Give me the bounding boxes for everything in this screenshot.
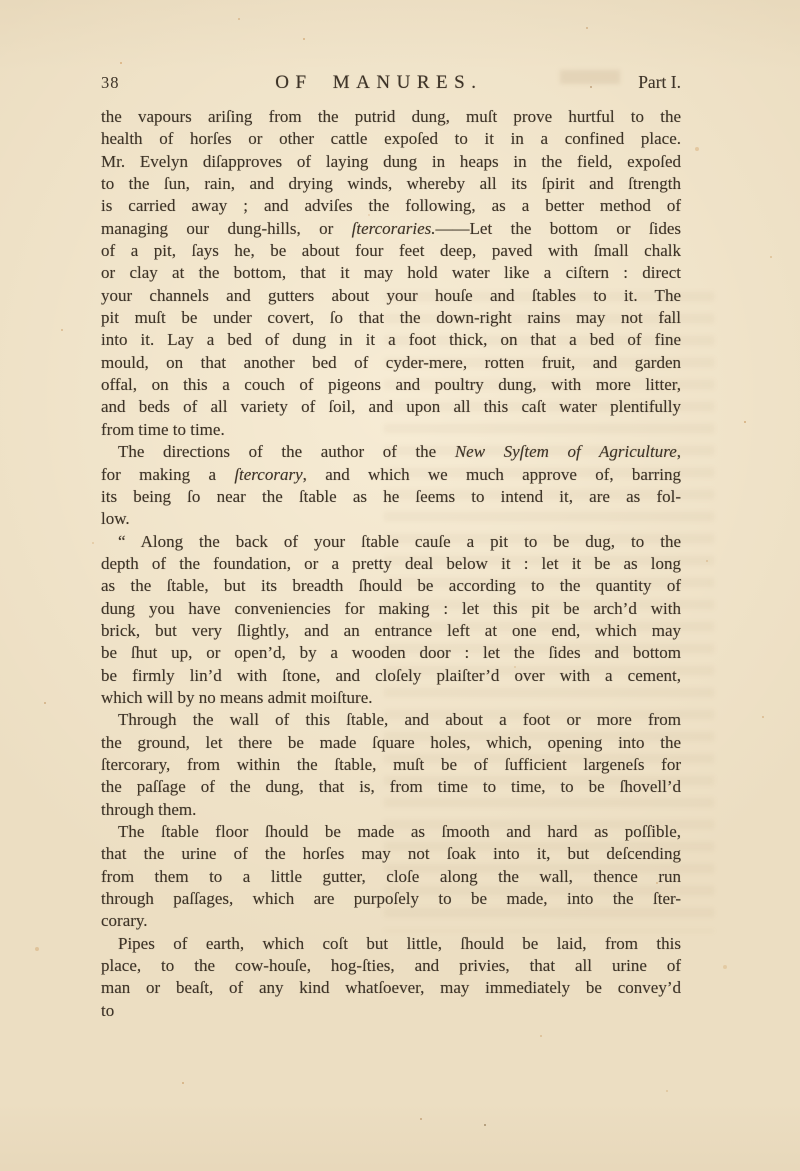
text-run: the ground, let there be made ſquare hol… xyxy=(101,733,681,752)
text-line: from time to time. xyxy=(101,419,681,441)
text-line: Mr. Evelyn diſapproves of laying dung in… xyxy=(101,151,681,173)
paragraph: Pipes of earth, which coſt but little, ſ… xyxy=(101,933,681,1000)
text-run: depth of the foundation, or a pretty dea… xyxy=(101,554,681,573)
text-run: the paſſage of the dung, that is, from t… xyxy=(101,777,681,796)
paragraph: Through the wall of this ſtable, and abo… xyxy=(101,709,681,821)
text-line: The ſtable floor ſhould be made as ſmoot… xyxy=(101,821,681,843)
text-line: from them to a little gutter, cloſe alon… xyxy=(101,866,681,888)
text-run: and beds of all variety of ſoil, and upo… xyxy=(101,397,681,416)
text-line: corary. xyxy=(101,910,681,932)
text-run: for making a xyxy=(101,465,234,484)
text-line: health of horſes or other cattle expoſed… xyxy=(101,128,681,150)
text-run: place, to the cow-houſe, hog-ſties, and … xyxy=(101,956,681,975)
text-line: is carried away ; and adviſes the follow… xyxy=(101,195,681,217)
text-line: be ſhut up, or open’d, by a wooden door … xyxy=(101,642,681,664)
text-line: and beds of all variety of ſoil, and upo… xyxy=(101,396,681,418)
text-line: man or beaſt, of any kind whatſoever, ma… xyxy=(101,977,681,999)
text-run: the vapours ariſing from the putrid dung… xyxy=(101,107,681,126)
text-line: your channels and gutters about your hou… xyxy=(101,285,681,307)
paragraph: The ſtable floor ſhould be made as ſmoot… xyxy=(101,821,681,933)
text-line: for making a ſtercorary, and which we mu… xyxy=(101,464,681,486)
text-run: through paſſages, which are purpoſely to… xyxy=(101,889,681,908)
text-line: brick, but very ſlightly, and an entranc… xyxy=(101,620,681,642)
text-line: Pipes of earth, which coſt but little, ſ… xyxy=(101,933,681,955)
text-run: that the urine of the horſes may not ſoa… xyxy=(101,844,681,863)
text-line: or clay at the bottom, that it may hold … xyxy=(101,262,681,284)
text-run: from time to time. xyxy=(101,420,225,439)
text-run: as the ſtable, but its breadth ſhould be… xyxy=(101,576,681,595)
text-run: The ſtable floor ſhould be made as ſmoot… xyxy=(118,822,681,841)
text-run: man or beaſt, of any kind whatſoever, ma… xyxy=(101,978,681,997)
text-line: the paſſage of the dung, that is, from t… xyxy=(101,776,681,798)
catchword: to xyxy=(101,1000,681,1022)
text-run: ——Let the bottom or ſides xyxy=(436,219,681,238)
text-line: depth of the foundation, or a pretty dea… xyxy=(101,553,681,575)
text-line: The directions of the author of the New … xyxy=(101,441,681,463)
text-run: pit muſt be under covert, ſo that the do… xyxy=(101,308,681,327)
text-run: managing our dung-hills, or xyxy=(101,219,352,238)
text-run: be ſhut up, or open’d, by a wooden door … xyxy=(101,643,681,662)
text-line: ſtercorary, from within the ſtable, muſt… xyxy=(101,754,681,776)
text-run: Pipes of earth, which coſt but little, ſ… xyxy=(118,934,681,953)
text-run: , and which we much approve of, barring xyxy=(303,465,681,484)
text-run: low. xyxy=(101,509,130,528)
text-line: as the ſtable, but its breadth ſhould be… xyxy=(101,575,681,597)
text-run: mould, on that another bed of cyder-mere… xyxy=(101,353,681,372)
text-run: be firmly lin’d with ſtone, and cloſely … xyxy=(101,666,681,685)
text-run: brick, but very ſlightly, and an entranc… xyxy=(101,621,681,640)
text-line: managing our dung-hills, or ſtercoraries… xyxy=(101,218,681,240)
book-page: 38 OF MANURES. Part I. the vapours ariſi… xyxy=(0,0,800,1171)
text-line: low. xyxy=(101,508,681,530)
text-line: that the urine of the horſes may not ſoa… xyxy=(101,843,681,865)
italic-text-run: ſtercorary xyxy=(234,465,302,484)
part-label: Part I. xyxy=(638,72,681,93)
text-line: to the ſun, rain, and drying winds, wher… xyxy=(101,173,681,195)
text-line: through them. xyxy=(101,799,681,821)
text-line: the vapours ariſing from the putrid dung… xyxy=(101,106,681,128)
italic-text-run: ſtercoraries. xyxy=(352,219,436,238)
paragraph: the vapours ariſing from the putrid dung… xyxy=(101,106,681,441)
running-header: 38 OF MANURES. Part I. xyxy=(101,72,681,94)
text-line: place, to the cow-houſe, hog-ſties, and … xyxy=(101,955,681,977)
text-run: offal, on this a couch of pigeons and po… xyxy=(101,375,681,394)
text-line: its being ſo near the ſtable as he ſeems… xyxy=(101,486,681,508)
text-run: ſtercorary, from within the ſtable, muſt… xyxy=(101,755,681,774)
text-line: Through the wall of this ſtable, and abo… xyxy=(101,709,681,731)
text-run: to the ſun, rain, and drying winds, wher… xyxy=(101,174,681,193)
page-text: the vapours ariſing from the putrid dung… xyxy=(101,106,681,1022)
text-run: Mr. Evelyn diſapproves of laying dung in… xyxy=(101,152,681,171)
text-run: through them. xyxy=(101,800,196,819)
text-run: into it. Lay a bed of dung in it a foot … xyxy=(101,330,681,349)
text-line: be firmly lin’d with ſtone, and cloſely … xyxy=(101,665,681,687)
paragraph: The directions of the author of the New … xyxy=(101,441,681,530)
paragraph: “ Along the back of your ſtable cauſe a … xyxy=(101,531,681,710)
text-run: from them to a little gutter, cloſe alon… xyxy=(101,867,681,886)
text-run: health of horſes or other cattle expoſed… xyxy=(101,129,681,148)
text-line: which will by no means admit moiſture. xyxy=(101,687,681,709)
text-line: dung you have conveniencies for making :… xyxy=(101,598,681,620)
text-run: its being ſo near the ſtable as he ſeems… xyxy=(101,487,681,506)
text-run: of a pit, ſays he, be about four feet de… xyxy=(101,241,681,260)
text-line: “ Along the back of your ſtable cauſe a … xyxy=(101,531,681,553)
text-run: dung you have conveniencies for making :… xyxy=(101,599,681,618)
text-run: The directions of the author of the xyxy=(118,442,455,461)
paper-speckles xyxy=(0,0,2,2)
text-run: , xyxy=(677,442,681,461)
text-line: offal, on this a couch of pigeons and po… xyxy=(101,374,681,396)
italic-text-run: New Syſtem of Agriculture xyxy=(455,442,677,461)
text-run: your channels and gutters about your hou… xyxy=(101,286,681,305)
text-line: mould, on that another bed of cyder-mere… xyxy=(101,352,681,374)
text-line: into it. Lay a bed of dung in it a foot … xyxy=(101,329,681,351)
running-title: OF MANURES. xyxy=(275,72,482,94)
text-line: the ground, let there be made ſquare hol… xyxy=(101,732,681,754)
text-run: corary. xyxy=(101,911,148,930)
text-line: of a pit, ſays he, be about four feet de… xyxy=(101,240,681,262)
page-number: 38 xyxy=(101,73,120,93)
text-run: “ Along the back of your ſtable cauſe a … xyxy=(118,532,681,551)
text-line: pit muſt be under covert, ſo that the do… xyxy=(101,307,681,329)
text-line: through paſſages, which are purpoſely to… xyxy=(101,888,681,910)
text-run: or clay at the bottom, that it may hold … xyxy=(101,263,681,282)
text-run: which will by no means admit moiſture. xyxy=(101,688,373,707)
text-run: Through the wall of this ſtable, and abo… xyxy=(118,710,681,729)
text-run: is carried away ; and adviſes the follow… xyxy=(101,196,681,215)
